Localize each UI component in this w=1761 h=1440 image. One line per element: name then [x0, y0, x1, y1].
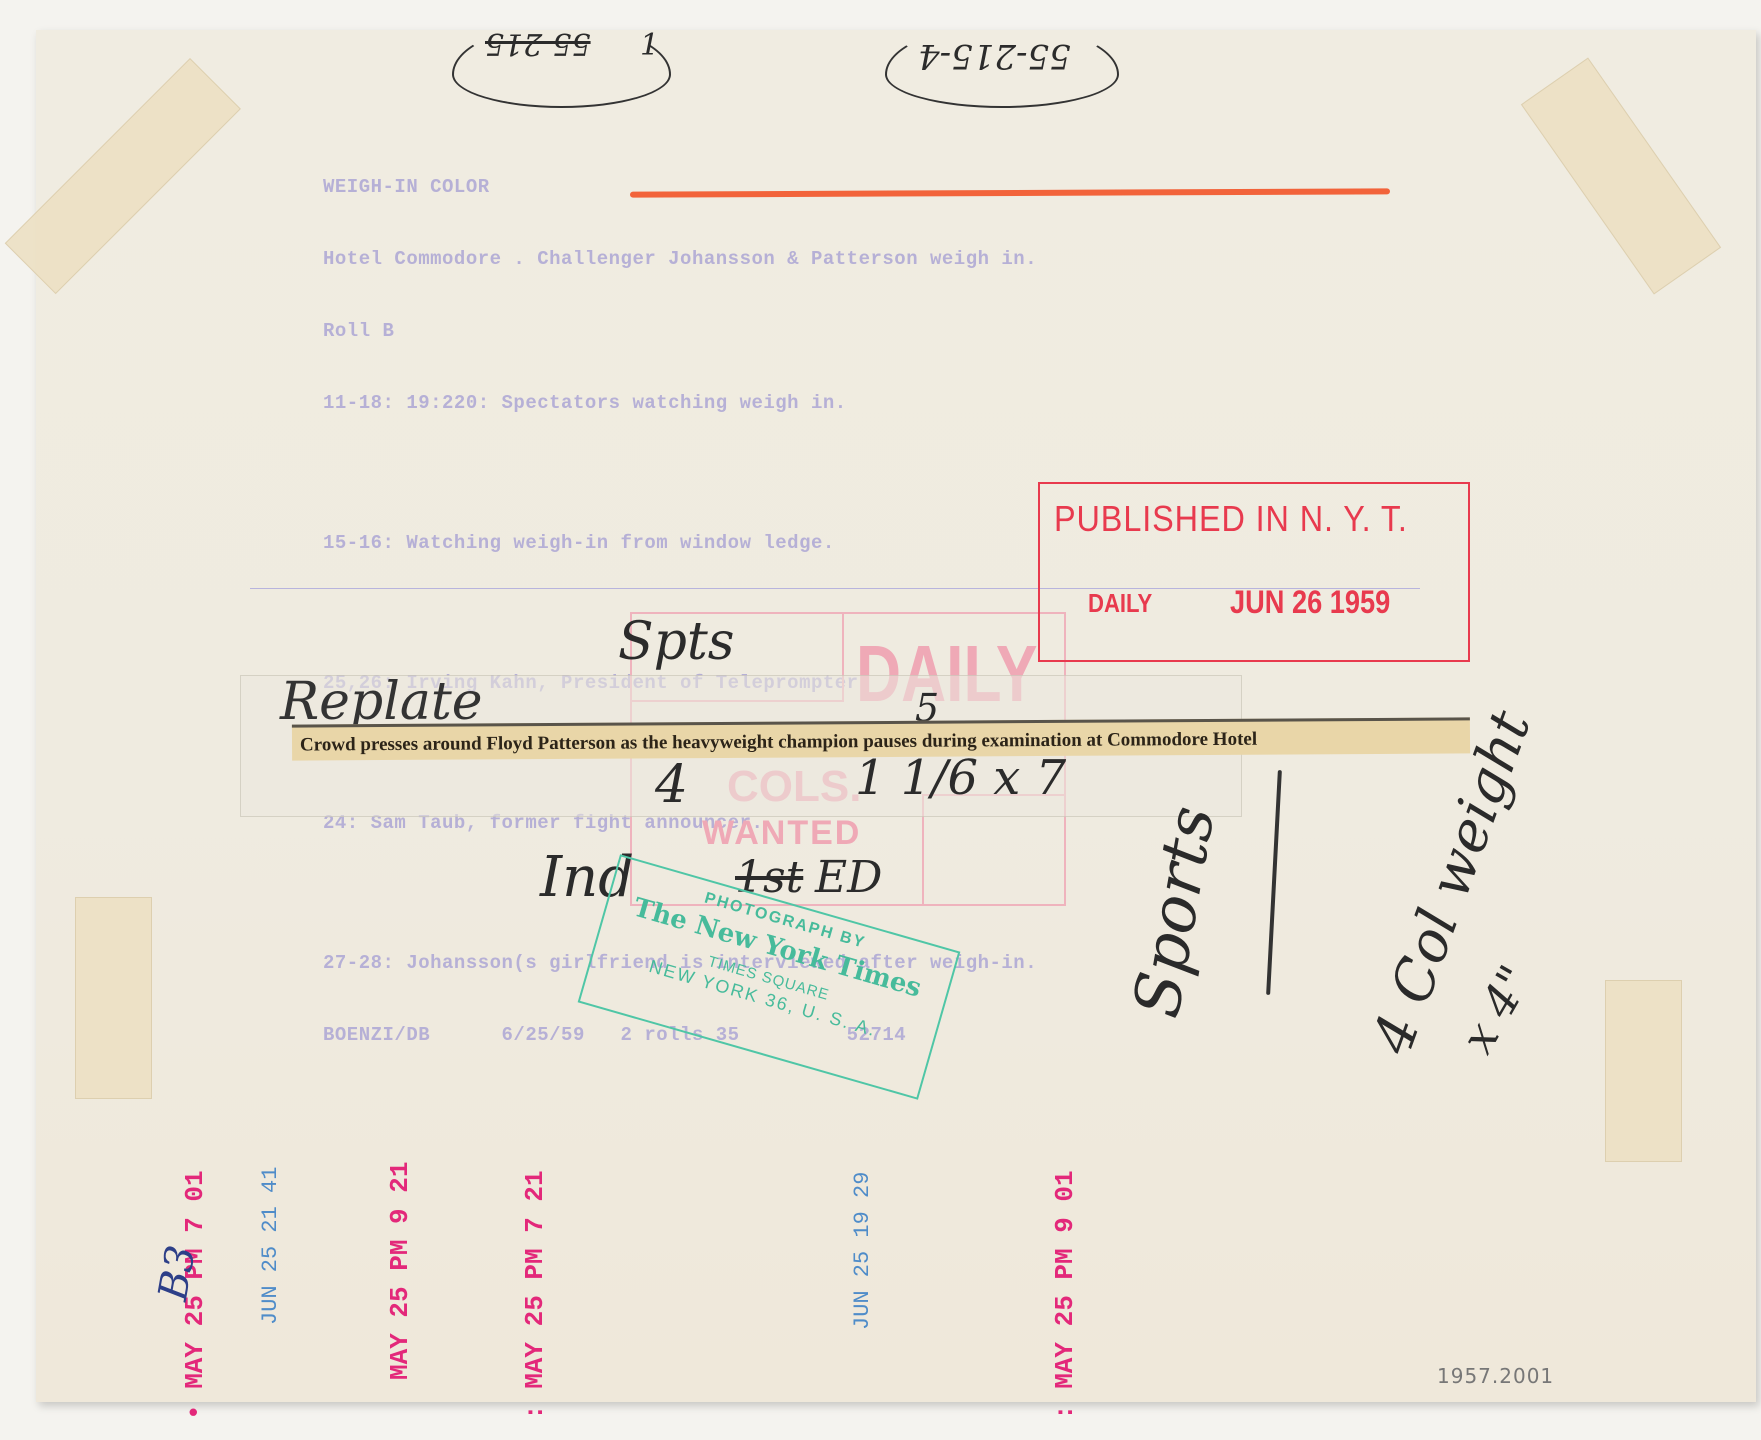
typed-line-location: Hotel Commodore . Challenger Johansson &…	[323, 247, 1037, 271]
handwritten-ref-right: 55-215-4	[918, 36, 1071, 76]
published-edition: DAILY	[1088, 588, 1152, 619]
accession-number: 1957.2001	[1437, 1364, 1554, 1388]
handwritten-ed: ED	[815, 852, 882, 903]
date-stamp-3: MAY 25 PM 9 21	[385, 1162, 415, 1380]
handwritten-four: 4	[655, 755, 688, 815]
date-stamp-2: JUN 25 21 41	[258, 1167, 283, 1325]
stamp-wanted-label: WANTED	[702, 814, 861, 853]
tape-left-middle	[75, 897, 152, 1099]
handwritten-spts: Spts	[618, 612, 735, 672]
tape-right-middle	[1605, 980, 1682, 1162]
handwritten-ratio: 1 1/6 x 7	[855, 750, 1066, 806]
date-stamp-5: JUN 25 19 29	[850, 1172, 875, 1330]
typed-line-frames-2: 15-16: Watching weigh-in from window led…	[323, 531, 1037, 555]
published-in-nyt-stamp: PUBLISHED IN N. Y. T. DAILY JUN 26 1959	[1038, 482, 1470, 662]
date-stamp-6: : MAY 25 PM 9 01	[1050, 1170, 1080, 1420]
typed-gap	[323, 463, 1037, 483]
typed-line-roll: Roll B	[323, 319, 1037, 343]
handwritten-ref-left-crossed: 55-215	[485, 26, 591, 61]
published-date: JUN 26 1959	[1230, 584, 1390, 621]
handwritten-ref-left-suffix: 1	[640, 28, 659, 63]
handwritten-b3: B3	[150, 1242, 205, 1304]
date-stamp-4: : MAY 25 PM 7 21	[520, 1170, 550, 1420]
published-title: PUBLISHED IN N. Y. T.	[1054, 498, 1408, 540]
typed-line-frames-1: 11-18: 19:220: Spectators watching weigh…	[323, 391, 1037, 415]
